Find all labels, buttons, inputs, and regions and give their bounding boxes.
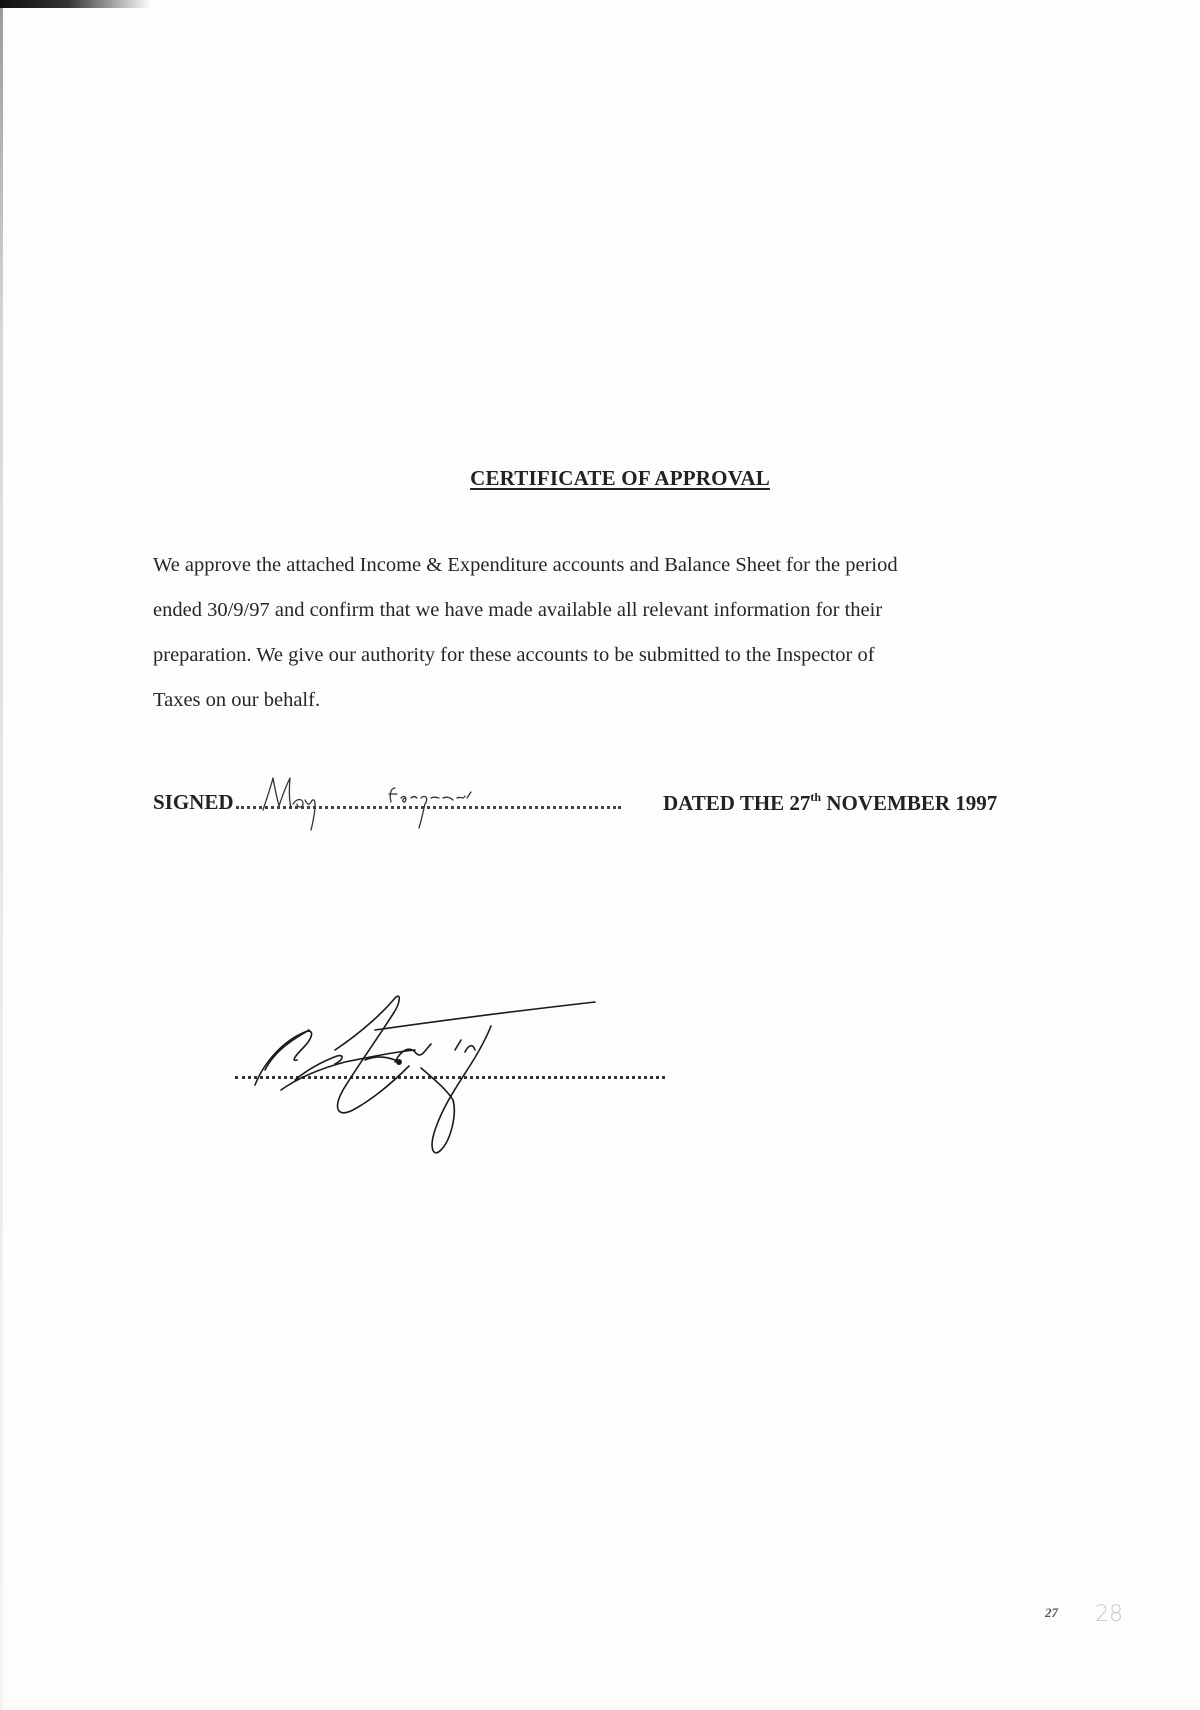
scan-left-edge — [0, 0, 3, 1710]
paragraph-line: We approve the attached Income & Expendi… — [153, 543, 1083, 588]
approval-paragraph: We approve the attached Income & Expendi… — [153, 543, 1083, 723]
paragraph-line: preparation. We give our authority for t… — [153, 633, 1083, 678]
scan-corner-shadow — [0, 0, 150, 8]
document-title: CERTIFICATE OF APPROVAL — [0, 466, 1200, 491]
dated-prefix: DATED THE 27 — [663, 791, 810, 815]
dated-rest: NOVEMBER 1997 — [821, 791, 997, 815]
paragraph-line: ended 30/9/97 and confirm that we have m… — [153, 588, 1083, 633]
dated-ordinal: th — [810, 790, 821, 804]
dated-text: DATED THE 27th NOVEMBER 1997 — [663, 790, 997, 816]
paragraph-line: Taxes on our behalf. — [153, 678, 1083, 723]
page-mark-pencil: 28 — [1095, 1602, 1123, 1627]
signed-label: SIGNED — [153, 790, 234, 815]
page-number: 27 — [1045, 1605, 1058, 1621]
signature-witness — [225, 990, 625, 1160]
signature-mary-ferguson — [255, 768, 535, 838]
